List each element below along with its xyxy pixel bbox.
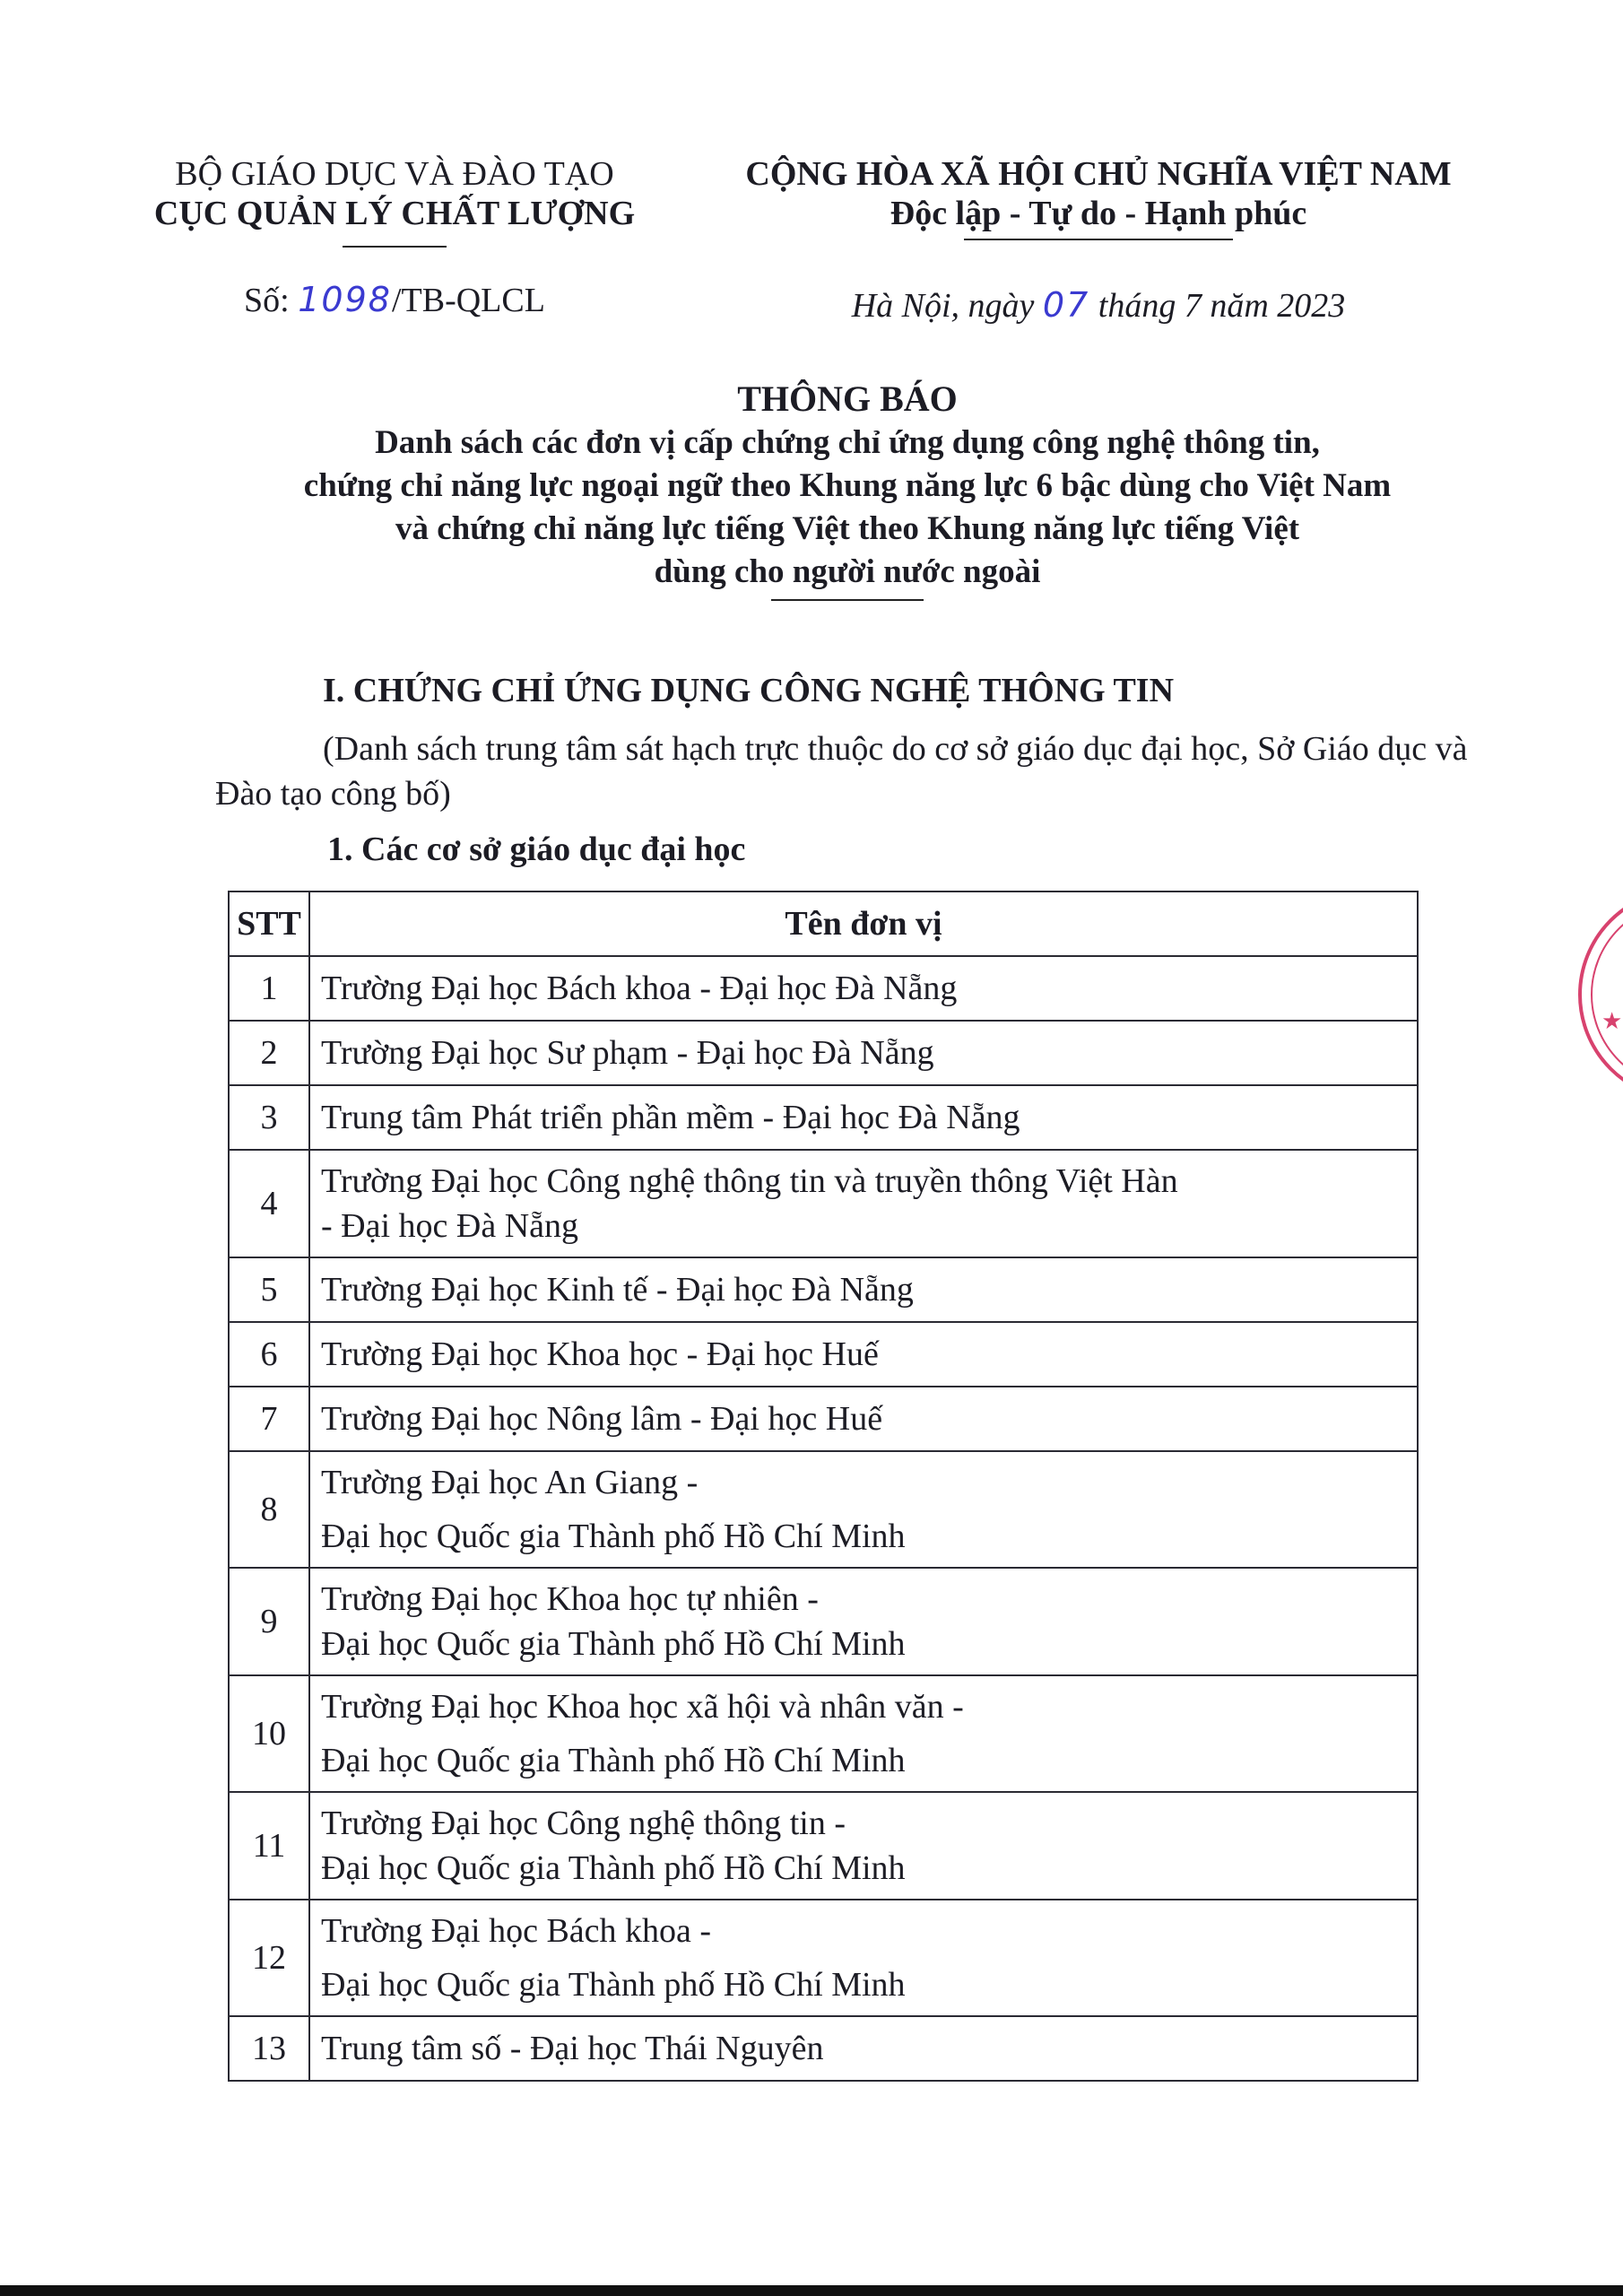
doc-number-handwritten: 1098 [298, 280, 392, 319]
unit-name-line: Trường Đại học Công nghệ thông tin và tr… [321, 1159, 1406, 1204]
national-motto: Độc lập - Tự do - Hạnh phúc [726, 194, 1471, 233]
row-stt: 11 [229, 1792, 309, 1900]
table-row: 9Trường Đại học Khoa học tự nhiên -Đại h… [229, 1568, 1418, 1675]
header-stt: STT [229, 891, 309, 956]
scan-edge-bar [0, 2285, 1623, 2296]
ministry-name: BỘ GIÁO DỤC VÀ ĐÀO TẠO [126, 154, 664, 194]
table-row: 13Trung tâm số - Đại học Thái Nguyên [229, 2016, 1418, 2081]
row-unit-name: Trường Đại học Bách khoa - Đại học Đà Nẵ… [309, 956, 1418, 1021]
table-body: 1Trường Đại học Bách khoa - Đại học Đà N… [229, 956, 1418, 2081]
unit-name-line: Đại học Quốc gia Thành phố Hồ Chí Minh [321, 1734, 1406, 1787]
subtitle-line-3: và chứng chỉ năng lực tiếng Việt theo Kh… [215, 508, 1480, 551]
row-unit-name: Trung tâm Phát triển phần mềm - Đại học … [309, 1085, 1418, 1150]
unit-name-line: Đại học Quốc gia Thành phố Hồ Chí Minh [321, 1846, 1406, 1891]
document-title: THÔNG BÁO [215, 377, 1480, 422]
doc-number-suffix: /TB-QLCL [392, 282, 545, 319]
unit-name-line: Trường Đại học Khoa học tự nhiên - [321, 1577, 1406, 1622]
table-row: 1Trường Đại học Bách khoa - Đại học Đà N… [229, 956, 1418, 1021]
stamp-inner-ring [1591, 900, 1623, 1089]
row-unit-name: Trường Đại học An Giang -Đại học Quốc gi… [309, 1451, 1418, 1568]
row-stt: 6 [229, 1322, 309, 1387]
table-row: 4Trường Đại học Công nghệ thông tin và t… [229, 1150, 1418, 1257]
unit-name-line: Trường Đại học Bách khoa - Đại học Đà Nẵ… [321, 966, 1406, 1011]
table-row: 12Trường Đại học Bách khoa -Đại học Quốc… [229, 1900, 1418, 2016]
row-stt: 2 [229, 1021, 309, 1085]
unit-name-line: Trường Đại học Khoa học xã hội và nhân v… [321, 1680, 1406, 1734]
title-underline [771, 599, 924, 601]
document-title-block: THÔNG BÁO Danh sách các đơn vị cấp chứng… [215, 377, 1480, 601]
doc-number-prefix: Số: [244, 282, 298, 319]
table-row: 3Trung tâm Phát triển phần mềm - Đại học… [229, 1085, 1418, 1150]
row-stt: 1 [229, 956, 309, 1021]
date-line: Hà Nội, ngày 07 tháng 7 năm 2023 [726, 285, 1471, 326]
row-stt: 8 [229, 1451, 309, 1568]
unit-name-line: Đại học Quốc gia Thành phố Hồ Chí Minh [321, 1622, 1406, 1666]
row-unit-name: Trường Đại học Nông lâm - Đại học Huế [309, 1387, 1418, 1451]
row-stt: 4 [229, 1150, 309, 1257]
subtitle-line-2: chứng chỉ năng lực ngoại ngữ theo Khung … [215, 465, 1480, 508]
date-suffix: tháng 7 năm 2023 [1089, 287, 1345, 325]
subtitle-line-4: dùng cho người nước ngoài [215, 551, 1480, 594]
official-stamp: ★ [1578, 888, 1623, 1101]
table-row: 11Trường Đại học Công nghệ thông tin -Đạ… [229, 1792, 1418, 1900]
national-header: CỘNG HÒA XÃ HỘI CHỦ NGHĨA VIỆT NAM Độc l… [726, 154, 1471, 240]
row-unit-name: Trường Đại học Khoa học tự nhiên -Đại họ… [309, 1568, 1418, 1675]
table-row: 6Trường Đại học Khoa học - Đại học Huế [229, 1322, 1418, 1387]
row-unit-name: Trường Đại học Công nghệ thông tin -Đại … [309, 1792, 1418, 1900]
header-unit-name: Tên đơn vị [309, 891, 1418, 956]
table-header-row: STT Tên đơn vị [229, 891, 1418, 956]
stamp-star-icon: ★ [1601, 1008, 1622, 1035]
unit-name-line: Trường Đại học Nông lâm - Đại học Huế [321, 1396, 1406, 1441]
row-unit-name: Trung tâm số - Đại học Thái Nguyên [309, 2016, 1418, 2081]
agency-name: CỤC QUẢN LÝ CHẤT LƯỢNG [126, 194, 664, 233]
unit-name-line: Đại học Quốc gia Thành phố Hồ Chí Minh [321, 1509, 1406, 1563]
row-stt: 9 [229, 1568, 309, 1675]
unit-name-line: Trường Đại học Khoa học - Đại học Huế [321, 1332, 1406, 1377]
unit-name-line: Đại học Quốc gia Thành phố Hồ Chí Minh [321, 1958, 1406, 2012]
row-unit-name: Trường Đại học Sư phạm - Đại học Đà Nẵng [309, 1021, 1418, 1085]
unit-name-line: - Đại học Đà Nẵng [321, 1204, 1406, 1248]
date-day-handwritten: 07 [1043, 285, 1089, 325]
unit-name-line: Trường Đại học Sư phạm - Đại học Đà Nẵng [321, 1031, 1406, 1075]
unit-name-line: Trường Đại học Công nghệ thông tin - [321, 1801, 1406, 1846]
table-row: 5Trường Đại học Kinh tế - Đại học Đà Nẵn… [229, 1257, 1418, 1322]
row-stt: 13 [229, 2016, 309, 2081]
unit-name-line: Trung tâm số - Đại học Thái Nguyên [321, 2026, 1406, 2071]
row-unit-name: Trường Đại học Khoa học - Đại học Huế [309, 1322, 1418, 1387]
nation-name: CỘNG HÒA XÃ HỘI CHỦ NGHĨA VIỆT NAM [726, 154, 1471, 194]
row-stt: 10 [229, 1675, 309, 1792]
row-stt: 5 [229, 1257, 309, 1322]
subsection-heading: 1. Các cơ sở giáo dục đại học [327, 830, 745, 869]
units-table: STT Tên đơn vị 1Trường Đại học Bách khoa… [228, 891, 1419, 2082]
unit-name-line: Trường Đại học Bách khoa - [321, 1904, 1406, 1958]
unit-name-line: Trường Đại học An Giang - [321, 1456, 1406, 1509]
table-row: 8Trường Đại học An Giang -Đại học Quốc g… [229, 1451, 1418, 1568]
section-heading: I. CHỨNG CHỈ ỨNG DỤNG CÔNG NGHỆ THÔNG TI… [323, 671, 1174, 710]
section-note: (Danh sách trung tâm sát hạch trực thuộc… [215, 726, 1471, 816]
table-row: 10Trường Đại học Khoa học xã hội và nhân… [229, 1675, 1418, 1792]
unit-name-line: Trung tâm Phát triển phần mềm - Đại học … [321, 1095, 1406, 1140]
unit-name-line: Trường Đại học Kinh tế - Đại học Đà Nẵng [321, 1267, 1406, 1312]
date-prefix: Hà Nội, ngày [852, 287, 1043, 325]
row-unit-name: Trường Đại học Khoa học xã hội và nhân v… [309, 1675, 1418, 1792]
subtitle-line-1: Danh sách các đơn vị cấp chứng chỉ ứng d… [215, 422, 1480, 465]
row-stt: 7 [229, 1387, 309, 1451]
row-stt: 3 [229, 1085, 309, 1150]
agency-underline [343, 246, 447, 248]
document-number: Số: 1098/TB-QLCL [126, 280, 664, 320]
table-row: 7Trường Đại học Nông lâm - Đại học Huế [229, 1387, 1418, 1451]
row-unit-name: Trường Đại học Kinh tế - Đại học Đà Nẵng [309, 1257, 1418, 1322]
motto-underline [964, 239, 1233, 240]
row-stt: 12 [229, 1900, 309, 2016]
issuing-authority: BỘ GIÁO DỤC VÀ ĐÀO TẠO CỤC QUẢN LÝ CHẤT … [126, 154, 664, 248]
row-unit-name: Trường Đại học Công nghệ thông tin và tr… [309, 1150, 1418, 1257]
table-row: 2Trường Đại học Sư phạm - Đại học Đà Nẵn… [229, 1021, 1418, 1085]
row-unit-name: Trường Đại học Bách khoa -Đại học Quốc g… [309, 1900, 1418, 2016]
